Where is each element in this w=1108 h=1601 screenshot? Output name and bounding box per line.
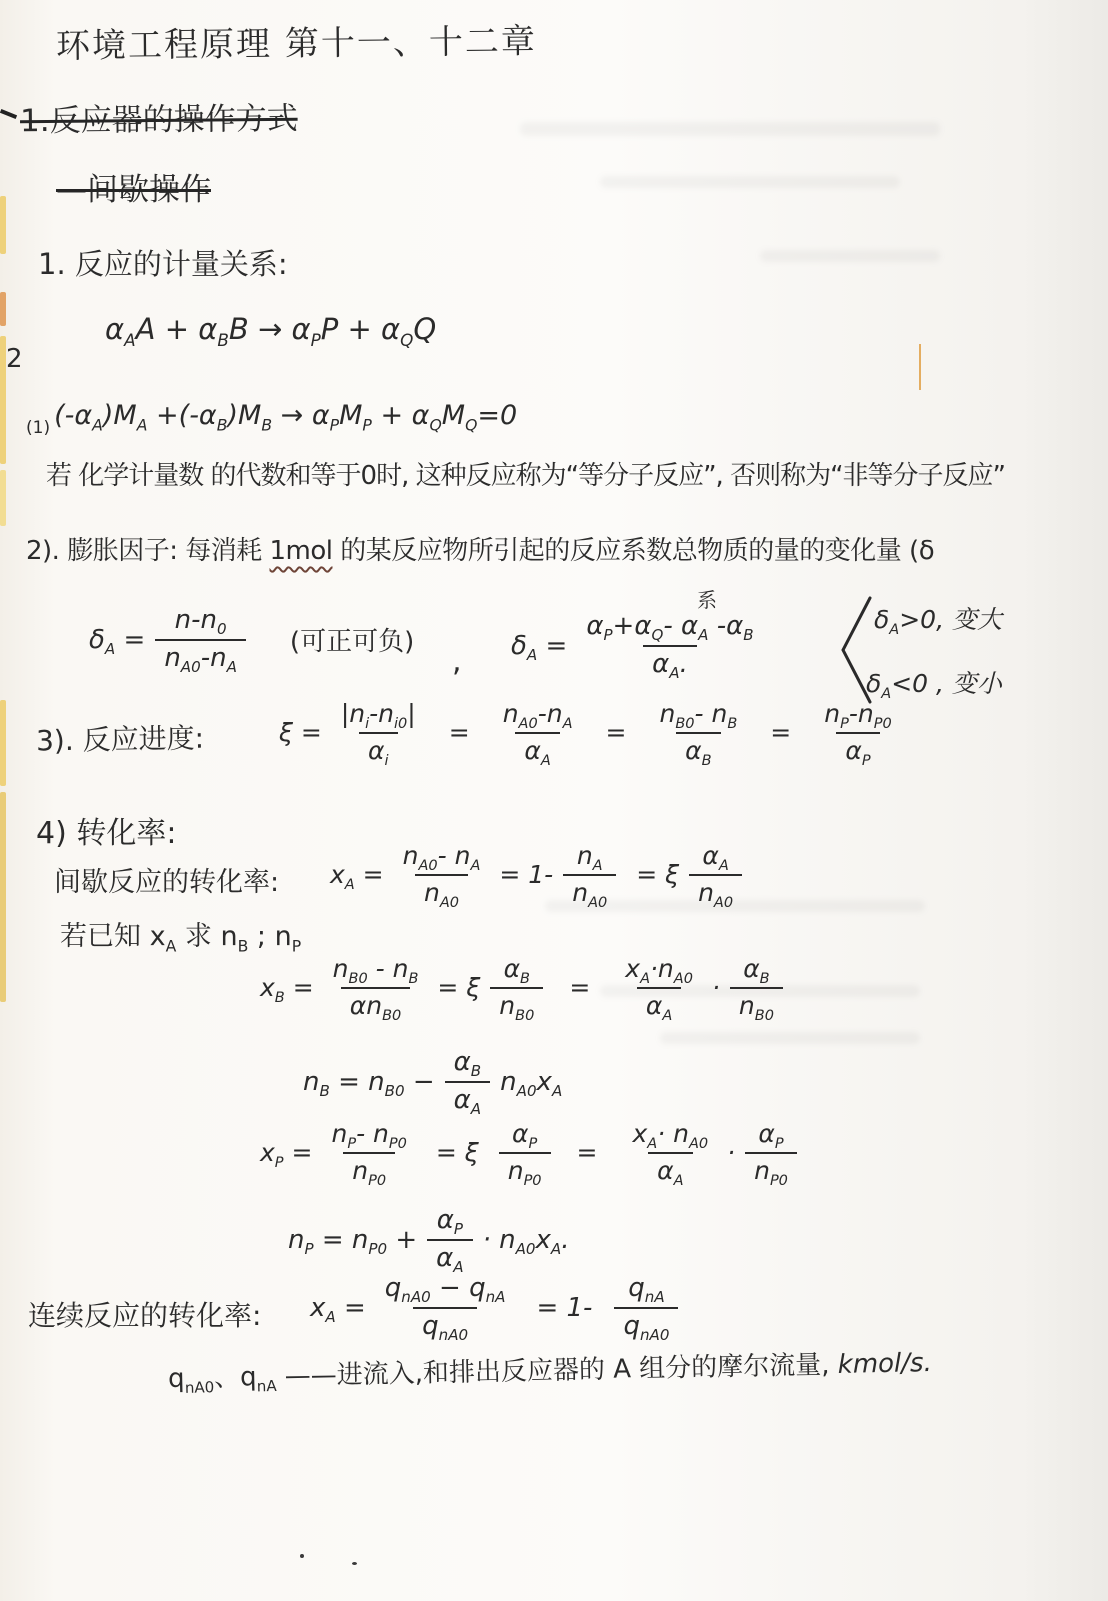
np-formula: nP = nP0 + αP αA · nA0xA. xyxy=(283,1206,575,1274)
formula-token: δA = xyxy=(506,631,572,661)
denominator: αA. xyxy=(643,645,697,680)
numerator: qnA0 − qnA xyxy=(376,1274,515,1307)
formula-token: xB = xyxy=(255,973,319,1002)
reaction-equation: αAA + αBB → αPP + αQQ xyxy=(105,312,436,346)
fraction: xA·nA0 αA xyxy=(616,955,702,1021)
progress-label: 3). 反应进度: xyxy=(36,717,205,760)
fraction: nB0- nB αB xyxy=(650,700,746,766)
fraction: n-n0 nA0-nA xyxy=(155,606,246,674)
denominator: αnB0 xyxy=(341,987,411,1021)
paper-edge-strip xyxy=(0,792,6,1002)
formula-token: xP = xyxy=(255,1138,317,1167)
numerator: αA xyxy=(693,842,737,874)
equals-sign: = xyxy=(564,973,595,1002)
denominator: qnA0 xyxy=(413,1307,477,1342)
denominator: αA xyxy=(637,987,681,1021)
denominator: nB0 xyxy=(490,987,543,1021)
known-xa-line: 若已知 xA 求 nB ; nP xyxy=(60,914,301,953)
stoichiometry-note: 若 化学计量数 的代数和等于0时, 这种反应称为“等分子反应”, 否则称为“非等… xyxy=(46,455,1005,492)
denominator: αP xyxy=(836,732,879,766)
equals-sign: = xyxy=(444,718,475,747)
continuous-conversion-formula: xA = qnA0 − qnA qnA0 = 1- qnA qnA0 xyxy=(305,1274,683,1342)
numerator: nP- nP0 xyxy=(322,1120,415,1152)
correction-annotation: 系 xyxy=(697,584,717,613)
xp-formula: xP = nP- nP0 nP0 = ξ αP nP0 = xA· nA0 αA… xyxy=(255,1120,802,1186)
fraction: αB nB0 xyxy=(490,955,543,1021)
definition-lead: 2). 膨胀因子: 每消耗 xyxy=(26,536,270,566)
molar-flow-note: qnA0、qnA ——进流入,和排出反应器的 A 组分的摩尔流量, kmol/s… xyxy=(168,1342,932,1395)
formula-token: = ξ xyxy=(431,1138,484,1167)
numerator: nB0 - nB xyxy=(324,955,428,987)
fraction: αP nP0 xyxy=(745,1120,797,1186)
denominator: nP0 xyxy=(499,1152,551,1186)
numerator: nA0-nA xyxy=(494,700,582,732)
paper-edge-strip xyxy=(0,292,6,326)
delta-formula-1: δA = n-n0 nA0-nA (可正可负) xyxy=(84,606,419,674)
batch-conversion-label: 间歇反应的转化率: xyxy=(54,860,279,899)
denominator: αA xyxy=(515,732,559,766)
fraction: nA0- nA nA0 xyxy=(394,842,490,908)
nb-formula: nB = nB0 − αB αA nA0xA xyxy=(298,1048,567,1116)
fraction: αP αA xyxy=(427,1206,472,1274)
formula-token: nB = nB0 − xyxy=(298,1067,440,1097)
equation-number: (1) xyxy=(26,418,54,438)
page-title: 环境工程原理 第十一、十二章 xyxy=(56,13,537,67)
multiplication-dot: · xyxy=(707,973,725,1002)
numerator: αP+αQ- αA -αB xyxy=(577,612,762,645)
denominator: qnA0 xyxy=(614,1307,678,1342)
denominator: αB xyxy=(676,732,720,766)
formula-token: = 1- xyxy=(531,1293,597,1323)
bleed-through-mark xyxy=(600,176,900,188)
formula-token: nP = nP0 + xyxy=(283,1225,422,1255)
fraction: αB nB0 xyxy=(730,955,783,1021)
formula-token: xA = xyxy=(325,860,389,889)
bleed-through-mark xyxy=(760,250,940,262)
fraction: nB0 - nB αnB0 xyxy=(324,955,428,1021)
paper-edge-strip xyxy=(0,470,6,526)
fraction: nP- nP0 nP0 xyxy=(322,1120,415,1186)
numerator: nA xyxy=(568,842,612,874)
denominator: nA0 xyxy=(415,874,468,908)
formula-token: ξ = xyxy=(274,718,327,747)
equals-sign: = xyxy=(572,1138,603,1167)
numerator: nP-nP0 xyxy=(815,700,900,732)
continuous-conversion-label: 连续反应的转化率: xyxy=(28,1294,261,1334)
fraction: αA nA0 xyxy=(689,842,742,908)
numerator: αB xyxy=(445,1048,491,1081)
numerator: qnA xyxy=(619,1274,673,1307)
numerator: |ni-ni0| xyxy=(332,700,425,732)
formula-token: · nA0xA. xyxy=(478,1225,575,1255)
paper-edge-strip xyxy=(0,700,6,786)
crossed-heading-reactor-operation: 1.反应器的操作方式 xyxy=(20,93,298,140)
formula-token: (-αA)MA +(-αB)MB → αPMP + αQMQ=0 xyxy=(54,400,517,431)
formula-token: = 1- xyxy=(494,860,558,889)
batch-conversion-formula: xA = nA0- nA nA0 = 1- nA nA0 = ξ αA nA0 xyxy=(325,842,747,908)
denominator: αA xyxy=(648,1152,692,1186)
stray-dot xyxy=(300,1554,304,1558)
numerator: αP xyxy=(428,1206,472,1239)
denominator: nA0-nA xyxy=(155,639,246,674)
formula-token: = ξ xyxy=(432,973,485,1002)
formula-token: nA0xA xyxy=(495,1067,567,1097)
progress-formula: ξ = |ni-ni0| αi = nA0-nA αA = nB0- nB αB… xyxy=(274,700,906,766)
numerator: αP xyxy=(503,1120,546,1152)
numerator: xA· nA0 xyxy=(624,1120,718,1152)
crossed-heading-batch-operation: —间歇操作 xyxy=(56,164,211,209)
numerator: nA0- nA xyxy=(394,842,490,874)
fraction: nA0-nA αA xyxy=(494,700,582,766)
fraction: αP+αQ- αA -αB αA. xyxy=(577,612,762,680)
delta-negative-condition: δA<0 , 变小 xyxy=(866,664,1002,700)
xb-formula: xB = nB0 - nB αnB0 = ξ αB nB0 = xA·nA0 α… xyxy=(255,955,788,1021)
equals-sign: = xyxy=(765,718,796,747)
equals-sign: = xyxy=(601,718,632,747)
notes-page: 环境工程原理 第十一、十二章 1.反应器的操作方式 —间歇操作 1. 反应的计量… xyxy=(0,0,1108,1601)
denominator: nP0 xyxy=(745,1152,797,1186)
denominator: nB0 xyxy=(730,987,783,1021)
delta-positive-condition: δA>0, 变大 xyxy=(874,600,1002,636)
stray-dot xyxy=(352,1562,357,1565)
fraction: αP nP0 xyxy=(499,1120,551,1186)
denominator: αA xyxy=(445,1081,490,1116)
denominator: αA xyxy=(427,1239,472,1274)
fraction: nA nA0 xyxy=(563,842,616,908)
numerator: αB xyxy=(495,955,539,987)
mass-balance-equation: (1)(-αA)MA +(-αB)MB → αPMP + αQMQ=0 xyxy=(26,400,517,438)
formula-token: = ξ xyxy=(631,860,684,889)
formula-token: xA = xyxy=(305,1293,371,1323)
delta-formula-2: δA = αP+αQ- αA -αB αA. xyxy=(506,612,768,680)
bleed-through-mark xyxy=(520,122,940,136)
numerator: n-n0 xyxy=(166,606,236,639)
sign-note: (可正可负) xyxy=(285,621,419,658)
underlined-1mol: 1mol xyxy=(270,536,333,566)
conversion-heading: 4) 转化率: xyxy=(36,808,176,852)
numerator: αB xyxy=(734,955,778,987)
numerator: nB0- nB xyxy=(650,700,746,732)
bleed-through-mark xyxy=(660,1032,920,1044)
fraction: qnA0 − qnA qnA0 xyxy=(376,1274,515,1342)
stray-mark xyxy=(0,109,17,119)
margin-mark-2: 2 xyxy=(6,344,23,374)
fraction: xA· nA0 αA xyxy=(624,1120,718,1186)
numerator: αP xyxy=(749,1120,792,1152)
denominator: nA0 xyxy=(689,874,742,908)
expansion-factor-definition: 2). 膨胀因子: 每消耗 1mol 的某反应物所引起的反应系数总物质的量的变化… xyxy=(26,530,934,567)
fraction: nP-nP0 αP xyxy=(815,700,900,766)
fraction: |ni-ni0| αi xyxy=(332,700,425,766)
numerator: xA·nA0 xyxy=(616,955,702,987)
paper-edge-strip xyxy=(0,196,6,254)
denominator: αi xyxy=(359,732,398,766)
multiplication-dot: · xyxy=(722,1138,740,1167)
section-heading-stoichiometry: 1. 反应的计量关系: xyxy=(38,242,288,283)
comma-separator: , xyxy=(452,644,462,679)
fraction: qnA qnA0 xyxy=(614,1274,678,1342)
formula-token: δA = xyxy=(84,625,150,655)
denominator: nP0 xyxy=(343,1152,395,1186)
denominator: nA0 xyxy=(563,874,616,908)
stray-mark xyxy=(919,344,921,390)
note-unit: kmol/s. xyxy=(837,1348,932,1380)
definition-rest: 的某反应物所引起的反应系数总物质的量的变化量 (δ xyxy=(333,536,935,566)
fraction: αB αA xyxy=(445,1048,491,1116)
note-text: qnA0、qnA ——进流入,和排出反应器的 A 组分的摩尔流量, xyxy=(168,1350,838,1394)
